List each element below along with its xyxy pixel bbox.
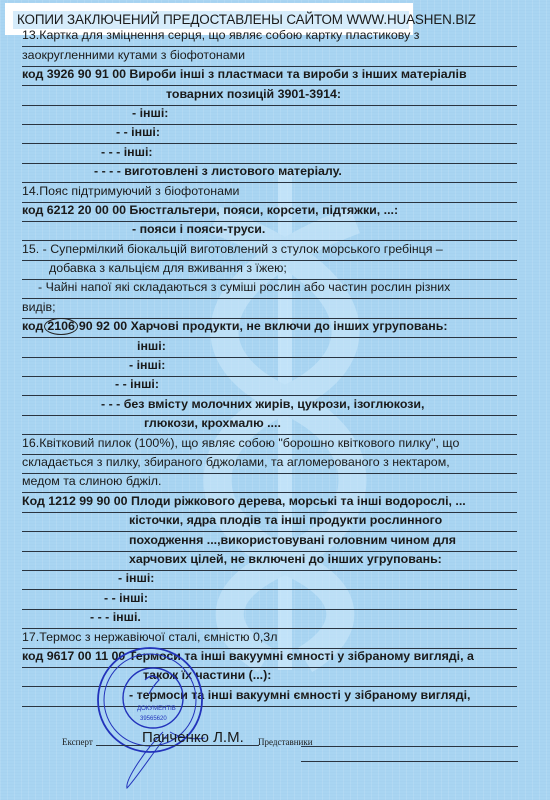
line-text: 16.Квітковий пилок (100%), що являє собо… bbox=[22, 434, 459, 453]
document-line: - - інші: bbox=[22, 377, 517, 396]
line-text: інші: bbox=[137, 337, 166, 356]
document-line: - інші: bbox=[22, 571, 517, 590]
document-lines: 13.Картка для зміцнення серця, що являє … bbox=[22, 28, 517, 707]
line-text: код 6212 20 00 00 Бюстгальтери, пояси, к… bbox=[22, 201, 398, 220]
document-line: складається з пилку, збираного бджолами,… bbox=[22, 455, 517, 474]
document-line: - - інші: bbox=[22, 125, 517, 144]
line-text: 15. - Супермілкий біокальцій виготовлени… bbox=[22, 240, 443, 259]
document-line: 13.Картка для зміцнення серця, що являє … bbox=[22, 28, 517, 47]
line-text: Код 1212 99 90 00 Плоди ріжкового дерева… bbox=[22, 492, 466, 511]
line-text: - - - інші. bbox=[90, 608, 141, 627]
line-text: - - - - виготовлені з листового матеріал… bbox=[94, 162, 342, 181]
document-line: код 9617 00 11 00 Термоси та інші вакуум… bbox=[22, 649, 517, 668]
line-text: код210690 92 00 Харчові продукти, не вкл… bbox=[22, 317, 447, 336]
line-text: добавка з кальцієм для вживання з їжею; bbox=[49, 259, 287, 278]
document-line: код210690 92 00 Харчові продукти, не вкл… bbox=[22, 319, 517, 338]
line-text: код 9617 00 11 00 Термоси та інші вакуум… bbox=[22, 647, 474, 666]
line-text: заокругленними кутами з біофотонами bbox=[22, 46, 245, 65]
document-line: 15. - Супермілкий біокальцій виготовлени… bbox=[22, 241, 517, 260]
line-text: - - інші: bbox=[116, 123, 160, 142]
document-line: - - - - виготовлені з листового матеріал… bbox=[22, 164, 517, 183]
expert-name: Панченко Л.М. bbox=[142, 729, 244, 746]
line-text: складається з пилку, збираного бджолами,… bbox=[22, 453, 450, 472]
document-line: походження ...,використовувані головним … bbox=[22, 532, 517, 551]
line-text: - інші: bbox=[132, 104, 168, 123]
line-text: 17.Термос з нержавіючої сталі, ємністю 0… bbox=[22, 628, 277, 647]
line-text: 14.Пояс підтримуючий з біофотонами bbox=[22, 182, 239, 201]
line-text: 13.Картка для зміцнення серця, що являє … bbox=[22, 26, 419, 45]
line-text: - термоси та інші вакуумні ємності у зіб… bbox=[129, 686, 471, 705]
document-line: - - - без вмісту молочних жирів, цукрози… bbox=[22, 396, 517, 415]
line-text: - інші: bbox=[129, 356, 165, 375]
representative-signature-line-1 bbox=[301, 746, 518, 747]
line-text: - - - без вмісту молочних жирів, цукрози… bbox=[101, 395, 424, 414]
document-line: Код 1212 99 90 00 Плоди ріжкового дерева… bbox=[22, 493, 517, 512]
document-line: 14.Пояс підтримуючий з біофотонами bbox=[22, 183, 517, 202]
document-line: також їх частини (...): bbox=[22, 668, 517, 687]
document-line: добавка з кальцієм для вживання з їжею; bbox=[22, 261, 517, 280]
line-text: - - - інші: bbox=[101, 143, 153, 162]
line-text: - інші: bbox=[118, 569, 154, 588]
document-line: глюкози, крохмалю .... bbox=[22, 416, 517, 435]
document-line: заокругленними кутами з біофотонами bbox=[22, 47, 517, 66]
document-line: товарних позицій 3901-3914: bbox=[22, 86, 517, 105]
document-line: 17.Термос з нержавіючої сталі, ємністю 0… bbox=[22, 629, 517, 648]
line-text: глюкози, крохмалю .... bbox=[144, 414, 281, 433]
line-text: також їх частини (...): bbox=[143, 666, 271, 685]
line-text: товарних позицій 3901-3914: bbox=[166, 85, 341, 104]
line-text: видів; bbox=[22, 298, 56, 317]
document-line: код 6212 20 00 00 Бюстгальтери, пояси, к… bbox=[22, 203, 517, 222]
svg-text:ДОКУМЕНТІВ: ДОКУМЕНТІВ bbox=[137, 706, 176, 712]
expert-label: Експерт bbox=[62, 737, 93, 747]
line-text: код 3926 90 91 00 Вироби інші з пластмас… bbox=[22, 65, 467, 84]
document-line: - - - інші. bbox=[22, 610, 517, 629]
document-line: - термоси та інші вакуумні ємності у зіб… bbox=[22, 687, 517, 706]
document-line: - - інші: bbox=[22, 590, 517, 609]
line-text: медом та слиною бджіл. bbox=[22, 472, 161, 491]
representative-signature-line-2 bbox=[301, 761, 518, 762]
document-line: - - - інші: bbox=[22, 144, 517, 163]
document-line: харчових цілей, не включені до інших угр… bbox=[22, 552, 517, 571]
line-text: кісточки, ядра плодів та інші продукти р… bbox=[129, 511, 442, 530]
document-line: 16.Квітковий пилок (100%), що являє собо… bbox=[22, 435, 517, 454]
document-line: код 3926 90 91 00 Вироби інші з пластмас… bbox=[22, 67, 517, 86]
line-text: - пояси і пояси-труси. bbox=[132, 220, 265, 239]
line-text: харчових цілей, не включені до інших угр… bbox=[129, 550, 442, 569]
document-line: медом та слиною бджіл. bbox=[22, 474, 517, 493]
document-line: - інші: bbox=[22, 358, 517, 377]
document-line: - пояси і пояси-труси. bbox=[22, 222, 517, 241]
document-line: - інші: bbox=[22, 106, 517, 125]
circled-code: 2106 bbox=[44, 318, 78, 335]
document-line: кісточки, ядра плодів та інші продукти р… bbox=[22, 513, 517, 532]
document-line: - Чайні напої які складаються з суміші р… bbox=[22, 280, 517, 299]
line-text: - - інші: bbox=[104, 589, 148, 608]
line-text: - Чайні напої які складаються з суміші р… bbox=[38, 278, 450, 297]
line-text: походження ...,використовувані головним … bbox=[129, 531, 456, 550]
document-line: видів; bbox=[22, 299, 517, 318]
line-text: - - інші: bbox=[115, 375, 159, 394]
document-line: інші: bbox=[22, 338, 517, 357]
svg-text:39565620: 39565620 bbox=[140, 716, 167, 722]
